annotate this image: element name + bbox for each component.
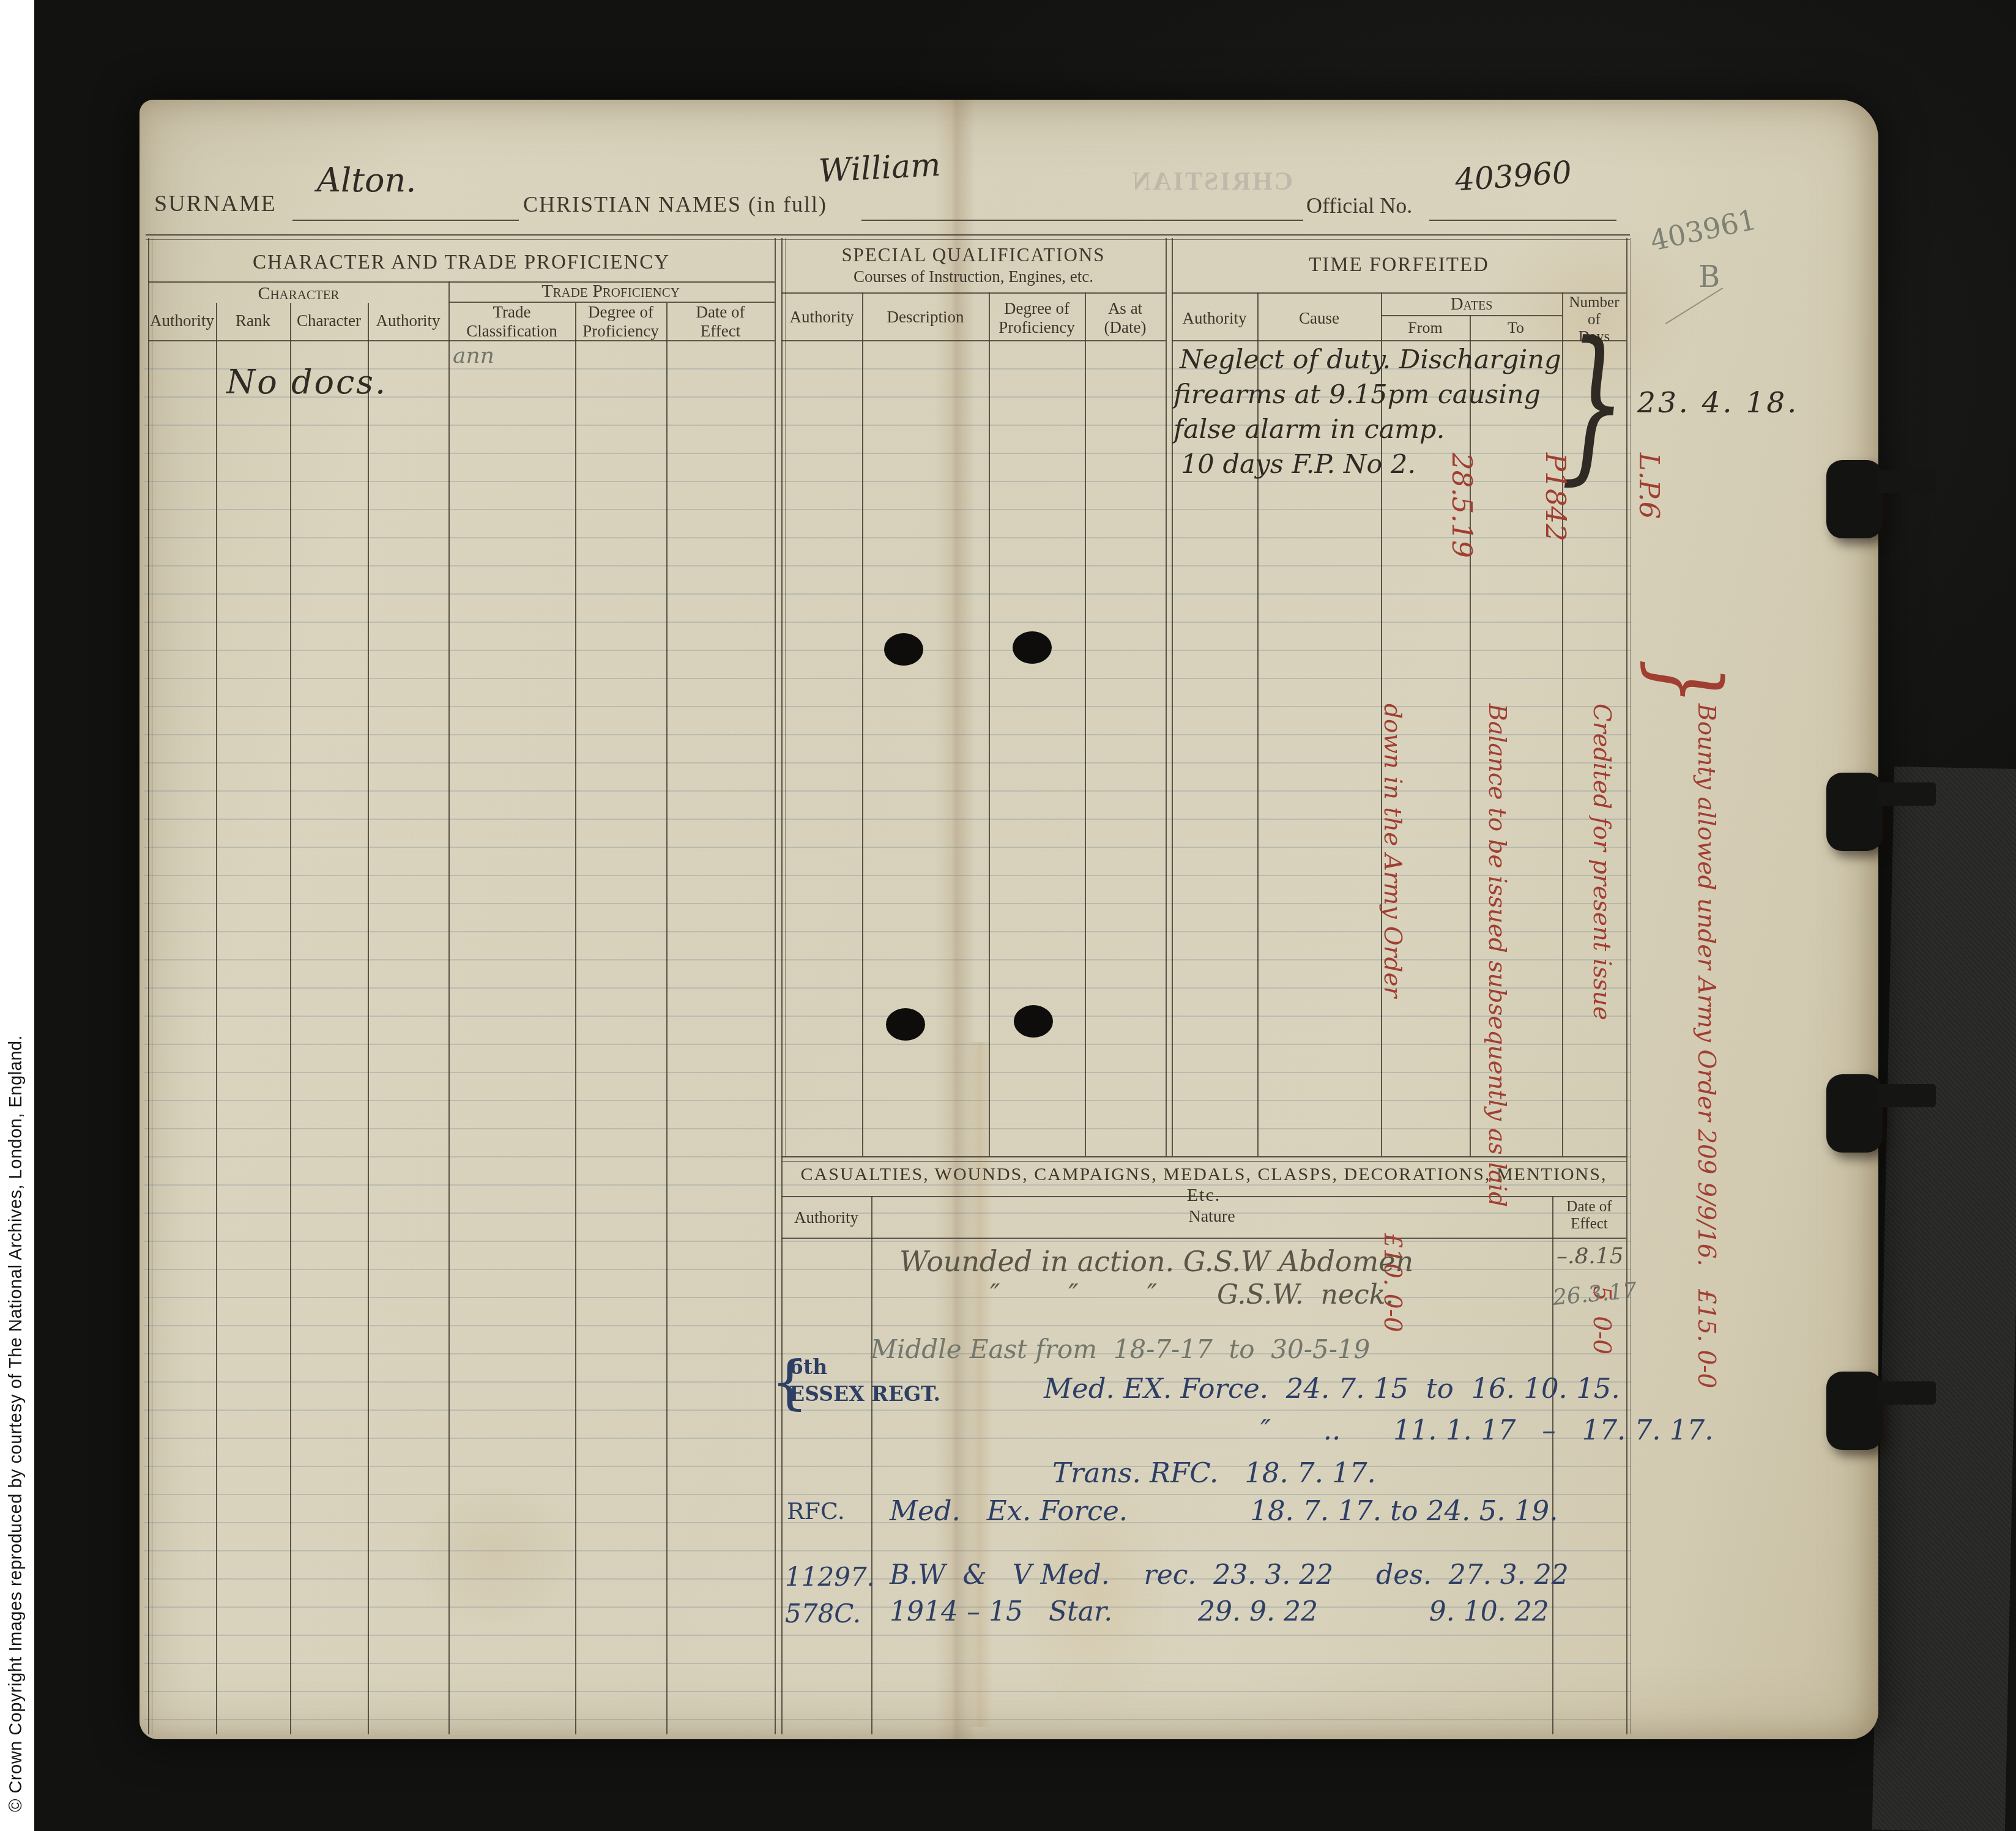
paper-stain <box>403 1476 586 1635</box>
punch-hole <box>884 633 923 666</box>
col-tf-dates: Dates <box>1381 294 1562 314</box>
group-character-label: Character <box>176 283 421 304</box>
casualty-row-authority: 6th ESSEX REGT. <box>789 1354 940 1408</box>
col-trade-classification: Trade Classification <box>448 303 575 341</box>
punch-hole <box>1014 1005 1053 1038</box>
pencil-corner-number: 403961 <box>1647 202 1759 257</box>
casualty-row-nature: Wounded in action. G.S.W Abdomen <box>899 1245 1413 1278</box>
col-sq-degree: Degree of Proficiency <box>989 299 1085 337</box>
special-table-subtitle: Courses of Instruction, Engines, etc. <box>781 267 1166 286</box>
red-reference-notes: L.P.6 P1842 28.5.19 <box>1632 453 1727 661</box>
col-character: Character <box>290 311 368 330</box>
red-note-line-2: Credited for present issue 5 0-0 <box>1584 704 1619 1315</box>
col-degree-proficiency-1: Degree of Proficiency <box>575 303 666 341</box>
casualty-row-date: –.8.15 <box>1557 1244 1624 1269</box>
scanned-record-page: © Crown Copyright Images reproduced by c… <box>0 0 2016 1831</box>
col-tf-cause: Cause <box>1257 309 1381 328</box>
record-sheet: SURNAME Alton. CHRISTIAN NAMES (in full)… <box>139 100 1878 1739</box>
casualty-row-authority: 11297. <box>785 1562 875 1592</box>
binder-tab-stem <box>1877 782 1936 806</box>
red-bounty-note: Bounty allowed under Army Order 209 9/9/… <box>1651 704 1793 1315</box>
surname-underline <box>292 220 519 221</box>
casualty-row-nature: Middle East from 18-7-17 to 30-5-19 <box>871 1334 1370 1364</box>
cause-line-4: 10 days F.P. No 2. <box>1181 449 1416 480</box>
christian-underline <box>861 220 1303 221</box>
col-date-effect-1: Date of Effect <box>666 303 775 341</box>
casualty-row-nature: Med. Ex. Force. 18. 7. 17. to 24. 5. 19. <box>890 1495 1558 1527</box>
binder-tab-stem <box>1877 1381 1936 1405</box>
col-rank: Rank <box>216 311 290 330</box>
character-table-title: CHARACTER AND TRADE PROFICIENCY <box>148 251 775 274</box>
cause-line-3: false alarm in camp. <box>1174 414 1445 445</box>
col-sq-description: Description <box>862 308 989 327</box>
binder-tab <box>1826 773 1883 851</box>
punch-hole <box>886 1008 925 1041</box>
cause-line-1: Neglect of duty. Discharging <box>1180 344 1561 375</box>
casualty-row-nature: B.W & V Med. rec. 23. 3. 22 des. 27. 3. … <box>890 1559 1569 1591</box>
christian-names-value: William <box>818 147 942 190</box>
binder-tab <box>1826 1372 1883 1450</box>
binder-tab <box>1826 460 1883 538</box>
binder-background <box>1872 767 2016 1831</box>
casualty-row-authority: RFC. <box>787 1498 845 1525</box>
red-note-line-3: Balance to be issued subsequently as lai… <box>1479 704 1514 1315</box>
cause-line-2: firearms at 9.15pm causing <box>1174 379 1541 410</box>
time-table-title: TIME FORFEITED <box>1172 254 1626 277</box>
col-tf-authority: Authority <box>1172 309 1257 328</box>
col-sq-asat: As at (Date) <box>1085 299 1166 337</box>
red-brace: } <box>1643 659 1729 705</box>
col-sq-authority: Authority <box>781 308 862 327</box>
header-rule <box>146 234 1630 240</box>
time-forfeited-date: 23. 4. 18. <box>1637 386 1799 420</box>
col-cas-authority: Authority <box>781 1208 871 1227</box>
casualty-row-nature: ″ .. 11. 1. 17 – 17. 7. 17. <box>1260 1414 1713 1446</box>
red-ref-date: 28.5.19 <box>1446 453 1478 661</box>
casualty-row-nature: Trans. RFC. 18. 7. 17. <box>1052 1457 1376 1489</box>
col-tf-to: To <box>1470 319 1562 337</box>
group-trade-label: Trade Proficiency <box>482 281 739 302</box>
punch-hole <box>1013 631 1052 664</box>
red-note-line-1: Bounty allowed under Army Order 209 9/9/… <box>1689 704 1724 1315</box>
binder-tab <box>1826 1074 1883 1153</box>
casualty-row-nature: Med. EX. Force. 24. 7. 15 to 16. 10. 15. <box>1044 1372 1620 1405</box>
special-table-title: SPECIAL QUALIFICATIONS <box>781 244 1166 266</box>
bleed-through-ghost-text: CHRISTIAN <box>1131 167 1293 196</box>
red-ref-p1842: P1842 <box>1540 453 1571 661</box>
christian-names-label: CHRISTIAN NAMES (in full) <box>523 191 827 217</box>
official-no-underline <box>1429 220 1616 221</box>
surname-label: SURNAME <box>154 190 277 217</box>
entry-no-docs: No docs. <box>226 363 387 401</box>
official-no-value: 403960 <box>1454 154 1572 198</box>
red-ref-lp6: L.P.6 <box>1634 453 1665 661</box>
casualty-row-authority: 578C. <box>785 1599 861 1629</box>
pencil-corner-letter: B <box>1698 260 1720 294</box>
official-no-label: Official No. <box>1306 193 1412 218</box>
copyright-text: © Crown Copyright Images reproduced by c… <box>6 931 26 1812</box>
copyright-strip: © Crown Copyright Images reproduced by c… <box>0 0 34 1831</box>
casualty-row-nature: ″ ″ ″ G.S.W. neck. <box>990 1279 1394 1310</box>
entry-pencil-ann: ann <box>453 343 494 368</box>
binder-tab-stem <box>1877 470 1936 493</box>
binder-tab-stem <box>1877 1084 1936 1107</box>
col-authority-1: Authority <box>148 311 216 330</box>
casualty-row-nature: 1914 – 15 Star. 29. 9. 22 9. 10. 22 <box>890 1596 1549 1627</box>
surname-value: Alton. <box>317 161 416 199</box>
col-tf-from: From <box>1381 319 1470 337</box>
red-note-line-4: down in the Army Order £10. 0-0 <box>1375 704 1410 1315</box>
col-authority-2: Authority <box>368 311 448 330</box>
